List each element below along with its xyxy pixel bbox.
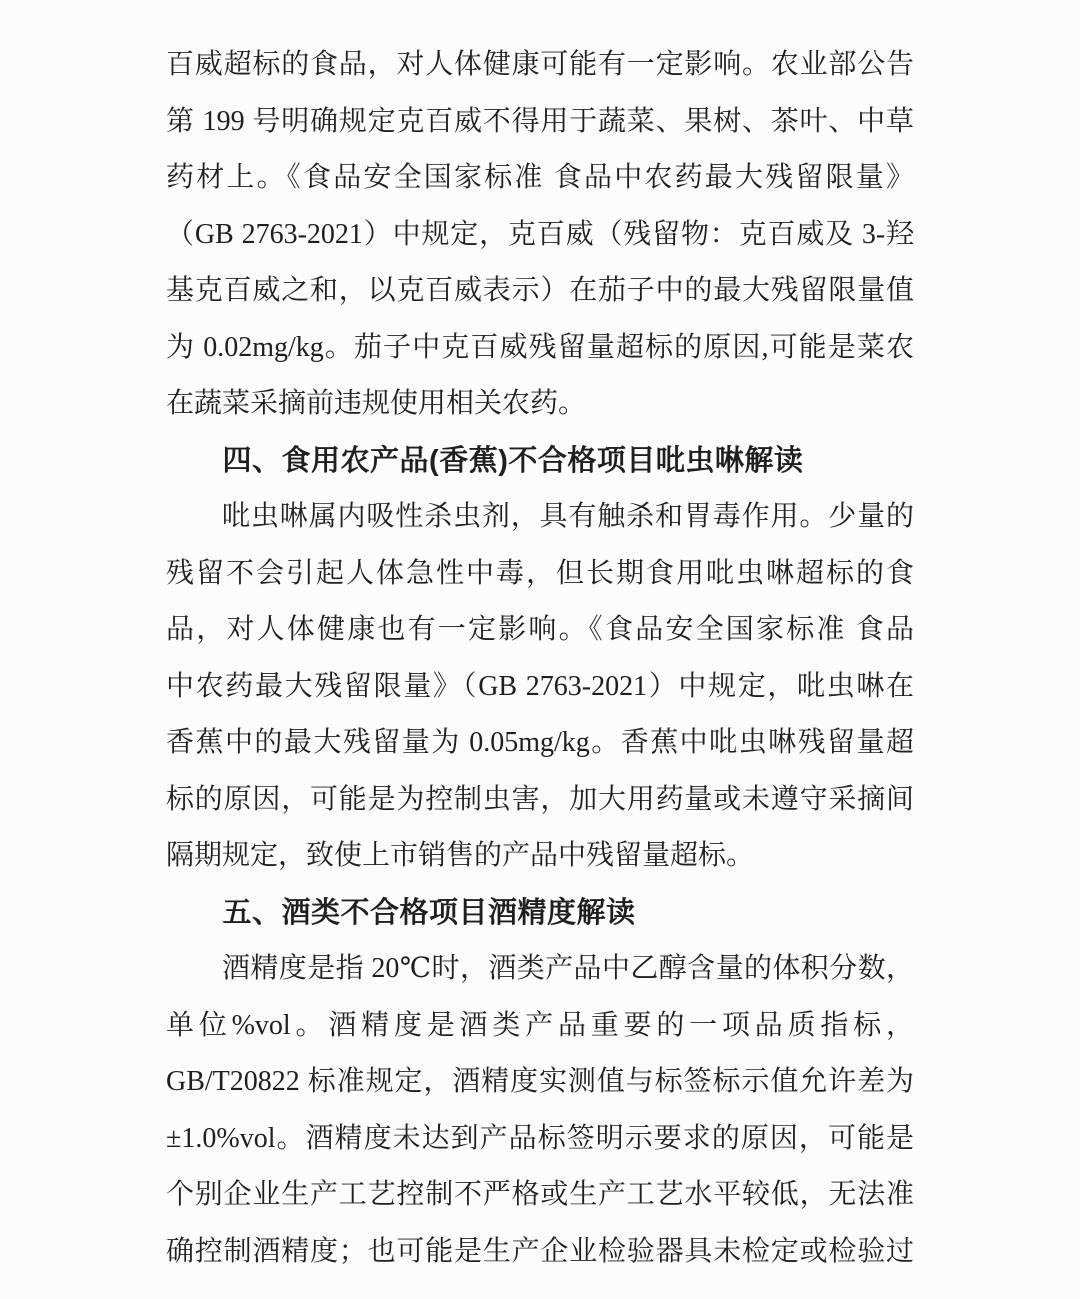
section-heading-4: 四、食用农产品(香蕉)不合格项目吡虫啉解读 — [166, 433, 914, 490]
text-line: 品，对人体健康也有一定影响。《食品安全国家标准 食品 — [166, 602, 914, 659]
document-page: 百威超标的食品，对人体健康可能有一定影响。农业部公告 第 199 号明确规定克百… — [0, 0, 1080, 1299]
text-line: 香蕉中的最大残留量为 0.05mg/kg。香蕉中吡虫啉残留量超 — [166, 715, 914, 772]
text-line: 标的原因，可能是为控制虫害，加大用药量或未遵守采摘间 — [166, 772, 914, 829]
text-line: ±1.0%vol。酒精度未达到产品标签明示要求的原因，可能是 — [166, 1111, 914, 1168]
section-heading-5: 五、酒类不合格项目酒精度解读 — [166, 885, 914, 942]
text-line: 在蔬菜采摘前违规使用相关农药。 — [166, 376, 914, 433]
text-line: 吡虫啉属内吸性杀虫剂，具有触杀和胃毒作用。少量的 — [166, 489, 914, 546]
text-line: （GB 2763-2021）中规定，克百威（残留物：克百威及 3-羟 — [166, 207, 914, 264]
text-line: 单位%vol。酒精度是酒类产品重要的一项品质指标， — [166, 998, 914, 1055]
text-line: 中农药最大残留限量》（GB 2763-2021）中规定，吡虫啉在 — [166, 659, 914, 716]
text-line: 确控制酒精度；也可能是生产企业检验器具未检定或检验过 — [166, 1224, 914, 1281]
text-line: 酒精度是指 20℃时，酒类产品中乙醇含量的体积分数， — [166, 941, 914, 998]
text-line: 为 0.02mg/kg。茄子中克百威残留量超标的原因,可能是菜农 — [166, 320, 914, 377]
text-line: GB/T20822 标准规定，酒精度实测值与标签标示值允许差为 — [166, 1054, 914, 1111]
text-line: 个别企业生产工艺控制不严格或生产工艺水平较低，无法准 — [166, 1167, 914, 1224]
text-line: 基克百威之和，以克百威表示）在茄子中的最大残留限量值 — [166, 263, 914, 320]
text-line: 百威超标的食品，对人体健康可能有一定影响。农业部公告 — [166, 37, 914, 94]
text-line: 药材上。《食品安全国家标准 食品中农药最大残留限量》 — [166, 150, 914, 207]
text-line: 隔期规定，致使上市销售的产品中残留量超标。 — [166, 828, 914, 885]
text-line: 第 199 号明确规定克百威不得用于蔬菜、果树、茶叶、中草 — [166, 94, 914, 151]
text-line: 残留不会引起人体急性中毒，但长期食用吡虫啉超标的食 — [166, 546, 914, 603]
